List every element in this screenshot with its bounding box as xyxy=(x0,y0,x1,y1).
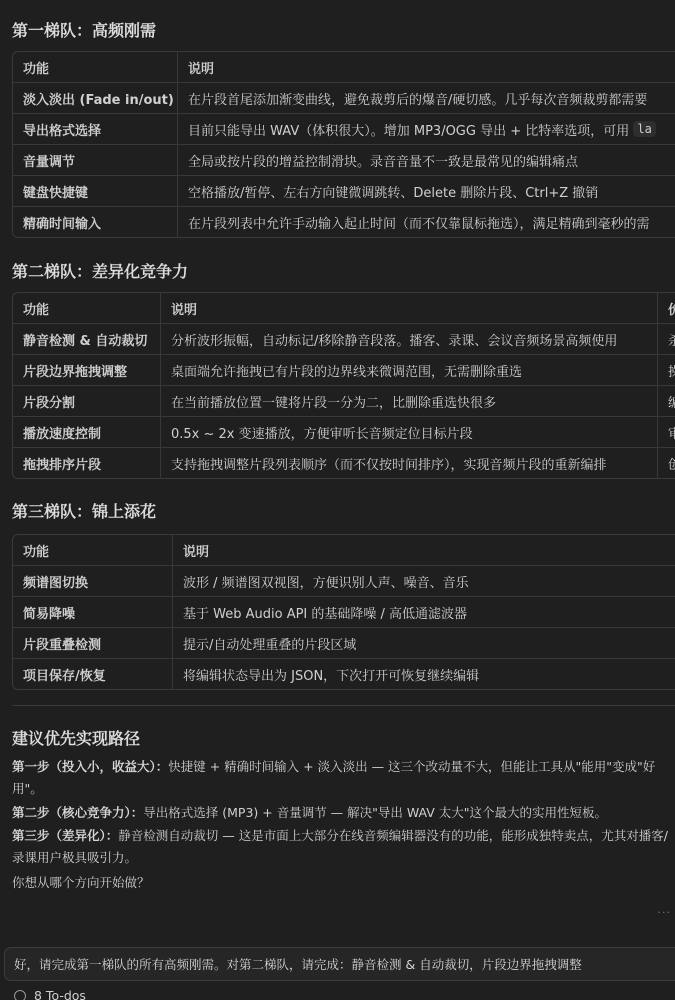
feature-description: 基于 Web Audio API 的基础降噪 / 高低通滤波器 xyxy=(172,597,675,627)
feature-description: 在片段列表中允许手动输入起止时间（而不仅靠鼠标拖选），满足精确到毫秒的需 xyxy=(177,207,675,237)
feature-name: 频谱图切换 xyxy=(13,566,172,596)
feature-name: 片段分割 xyxy=(13,386,160,416)
feature-name: 片段重叠检测 xyxy=(13,628,172,658)
feature-description: 将编辑状态导出为 JSON，下次打开可恢复继续编辑 xyxy=(172,659,675,689)
table-row: 精确时间输入 在片段列表中允许手动输入起止时间（而不仅靠鼠标拖选），满足精确到毫… xyxy=(13,206,675,237)
feature-description: 目前只能导出 WAV（体积很大）。增加 MP3/OGG 导出 + 比特率选项，可… xyxy=(177,114,675,144)
feature-description: 波形 / 频谱图双视图，方便识别人声、噪音、音乐 xyxy=(172,566,675,596)
tier1-heading: 第一梯队：高频刚需 xyxy=(12,18,156,41)
step-1: 第一步（投入小，收益大）：快捷键 + 精确时间输入 + 淡入淡出 — 这三个改动… xyxy=(12,756,675,800)
tier2-table: 功能 说明 价 静音检测 & 自动裁切 分析波形振幅，自动标记/移除静音段落。播… xyxy=(12,292,675,479)
tier3-heading: 第三梯队：锦上添花 xyxy=(12,499,156,522)
table-row: 简易降噪 基于 Web Audio API 的基础降噪 / 高低通滤波器 xyxy=(13,596,675,627)
table-header-row: 功能 说明 xyxy=(13,535,675,565)
table-header-row: 功能 说明 xyxy=(13,52,675,82)
header-description: 说明 xyxy=(177,52,675,82)
table-row: 淡入淡出 (Fade in/out) 在片段首尾添加渐变曲线，避免裁剪后的爆音/… xyxy=(13,82,675,113)
header-description: 说明 xyxy=(160,293,657,323)
tier3-table: 功能 说明 频谱图切换 波形 / 频谱图双视图，方便识别人声、噪音、音乐 简易降… xyxy=(12,534,675,690)
tier2-heading: 第二梯队：差异化竞争力 xyxy=(12,259,188,282)
feature-name: 简易降噪 xyxy=(13,597,172,627)
recommendation-heading: 建议优先实现路径 xyxy=(12,726,140,749)
section-divider xyxy=(12,705,675,706)
table-row: 播放速度控制 0.5x ~ 2x 变速播放，方便审听长音频定位目标片段 审 xyxy=(13,416,675,447)
header-feature: 功能 xyxy=(13,52,177,82)
table-row: 音量调节 全局或按片段的增益控制滑块。录音音量不一致是最常见的编辑痛点 xyxy=(13,144,675,175)
feature-description: 全局或按片段的增益控制滑块。录音音量不一致是最常见的编辑痛点 xyxy=(177,145,675,175)
feature-description: 支持拖拽调整片段列表顺序（而不仅按时间排序），实现音频片段的重新编排 xyxy=(160,448,657,478)
feature-name: 精确时间输入 xyxy=(13,207,177,237)
feature-value: 编 xyxy=(657,386,675,416)
message-bubble[interactable]: 好，请完成第一梯队的所有高频刚需。对第二梯队，请完成：静音检测 & 自动裁切，片… xyxy=(4,947,675,981)
table-row: 片段重叠检测 提示/自动处理重叠的片段区域 xyxy=(13,627,675,658)
feature-name: 导出格式选择 xyxy=(13,114,177,144)
feature-description: 提示/自动处理重叠的片段区域 xyxy=(172,628,675,658)
feature-value: 审 xyxy=(657,417,675,447)
feature-description: 空格播放/暂停、左右方向键微调跳转、Delete 删除片段、Ctrl+Z 撤销 xyxy=(177,176,675,206)
feature-name: 键盘快捷键 xyxy=(13,176,177,206)
table-header-row: 功能 说明 价 xyxy=(13,293,675,323)
circle-icon xyxy=(14,990,26,1000)
feature-name: 拖拽排序片段 xyxy=(13,448,160,478)
feature-description: 分析波形振幅，自动标记/移除静音段落。播客、录课、会议音频场景高频使用 xyxy=(160,324,657,354)
message-text: 好，请完成第一梯队的所有高频刚需。对第二梯队，请完成：静音检测 & 自动裁切，片… xyxy=(14,955,582,973)
feature-value: 杀 xyxy=(657,324,675,354)
feature-description: 0.5x ~ 2x 变速播放，方便审听长音频定位目标片段 xyxy=(160,417,657,447)
feature-name: 播放速度控制 xyxy=(13,417,160,447)
table-row: 静音检测 & 自动裁切 分析波形振幅，自动标记/移除静音段落。播客、录课、会议音… xyxy=(13,323,675,354)
inline-code: la xyxy=(633,121,655,137)
step-2: 第二步（核心竞争力）：导出格式选择 (MP3) + 音量调节 — 解决"导出 W… xyxy=(12,802,675,824)
table-row: 片段分割 在当前播放位置一键将片段一分为二，比删除重选快很多 编 xyxy=(13,385,675,416)
header-feature: 功能 xyxy=(13,293,160,323)
feature-description: 桌面端允许拖拽已有片段的边界线来微调范围，无需删除重选 xyxy=(160,355,657,385)
feature-name: 音量调节 xyxy=(13,145,177,175)
table-row: 导出格式选择 目前只能导出 WAV（体积很大）。增加 MP3/OGG 导出 + … xyxy=(13,113,675,144)
closing-question: 你想从哪个方向开始做？ xyxy=(12,872,675,894)
step-3: 第三步（差异化）：静音检测自动裁切 — 这是市面上大部分在线音频编辑器没有的功能… xyxy=(12,825,675,869)
feature-description: 在片段首尾添加渐变曲线，避免裁剪后的爆音/硬切感。几乎每次音频裁剪都需要 xyxy=(177,83,675,113)
tier1-table: 功能 说明 淡入淡出 (Fade in/out) 在片段首尾添加渐变曲线，避免裁… xyxy=(12,51,675,238)
table-row: 片段边界拖拽调整 桌面端允许拖拽已有片段的边界线来微调范围，无需删除重选 操 xyxy=(13,354,675,385)
table-row: 项目保存/恢复 将编辑状态导出为 JSON，下次打开可恢复继续编辑 xyxy=(13,658,675,689)
table-row: 拖拽排序片段 支持拖拽调整片段列表顺序（而不仅按时间排序），实现音频片段的重新编… xyxy=(13,447,675,478)
header-feature: 功能 xyxy=(13,535,172,565)
header-description: 说明 xyxy=(172,535,675,565)
feature-value: 操 xyxy=(657,355,675,385)
table-row: 频谱图切换 波形 / 频谱图双视图，方便识别人声、噪音、音乐 xyxy=(13,565,675,596)
feature-value: 创 xyxy=(657,448,675,478)
todos-label: 8 To-dos xyxy=(34,988,86,1000)
todos-toggle[interactable]: 8 To-dos xyxy=(14,988,86,1000)
feature-name: 静音检测 & 自动裁切 xyxy=(13,324,160,354)
feature-name: 项目保存/恢复 xyxy=(13,659,172,689)
feature-name: 片段边界拖拽调整 xyxy=(13,355,160,385)
header-value: 价 xyxy=(657,293,675,323)
feature-name: 淡入淡出 (Fade in/out) xyxy=(13,83,177,113)
more-options-icon[interactable]: ··· xyxy=(658,906,672,919)
feature-description: 在当前播放位置一键将片段一分为二，比删除重选快很多 xyxy=(160,386,657,416)
table-row: 键盘快捷键 空格播放/暂停、左右方向键微调跳转、Delete 删除片段、Ctrl… xyxy=(13,175,675,206)
